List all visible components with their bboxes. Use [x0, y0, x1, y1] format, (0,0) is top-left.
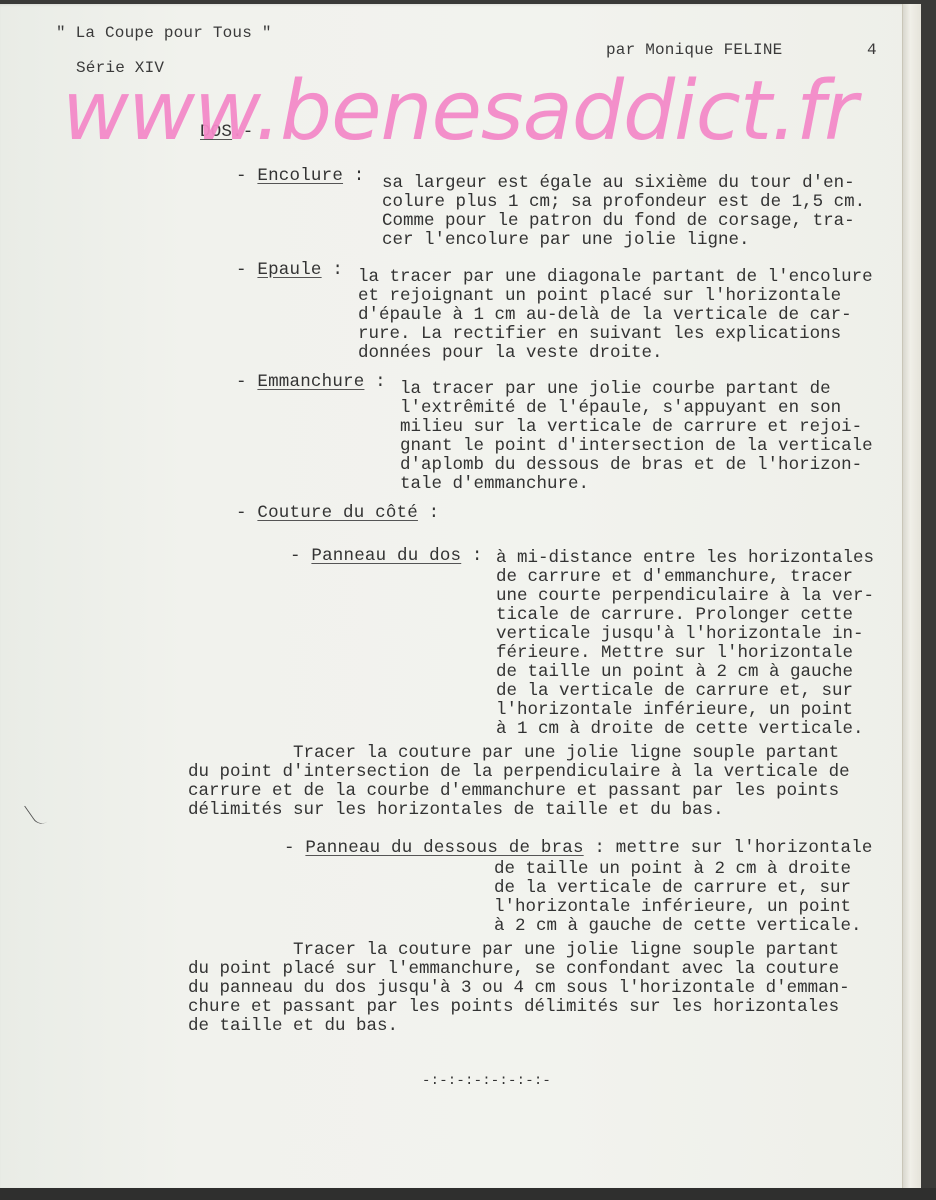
text-line: du point d'intersection de la perpendicu…: [188, 763, 850, 782]
panneau-bras-first-line: mettre sur l'horizontale: [616, 838, 873, 858]
text-line: Tracer la couture par une jolie ligne so…: [188, 941, 850, 960]
encolure-label: Encolure: [257, 166, 343, 186]
text-line: d'épaule à 1 cm au-delà de la verticale …: [358, 306, 873, 325]
text-line: la tracer par une diagonale partant de l…: [358, 268, 873, 287]
text-line: verticale jusqu'à l'horizontale in-: [496, 625, 874, 644]
pencil-mark: [24, 796, 53, 827]
text-line: colure plus 1 cm; sa profondeur est de 1…: [382, 193, 865, 212]
text-line: à mi-distance entre les horizontales: [496, 549, 874, 568]
page-number: 4: [867, 41, 877, 60]
text-line: à 1 cm à droite de cette verticale.: [496, 720, 874, 739]
text-line: de taille un point à 2 cm à droite: [494, 860, 862, 879]
panneau-bras-heading: - Panneau du dessous de bras : mettre su…: [284, 839, 873, 858]
encolure-heading: - Encolure :: [236, 167, 364, 186]
epaule-label: Epaule: [257, 260, 321, 280]
scan-bottom-edge: [0, 1188, 936, 1200]
dash: -: [290, 546, 301, 566]
end-mark: -:-:-:-:-:-:-:-: [422, 1072, 551, 1091]
panneau-dos-paragraph: Tracer la couture par une jolie ligne so…: [188, 744, 850, 820]
text-line: de taille et du bas.: [188, 1017, 850, 1036]
separator: :: [461, 546, 482, 566]
text-line: données pour la veste droite.: [358, 344, 873, 363]
couture-label: Couture du côté: [257, 503, 418, 523]
panneau-dos-text: à mi-distance entre les horizontalesde c…: [496, 549, 874, 739]
watermark: www.benesaddict.fr: [62, 62, 857, 162]
text-line: tale d'emmanchure.: [400, 475, 873, 494]
text-line: Comme pour le patron du fond de corsage,…: [382, 212, 865, 231]
panneau-dos-heading: - Panneau du dos :: [290, 547, 483, 566]
separator: :: [364, 372, 385, 392]
emmanchure-heading: - Emmanchure :: [236, 373, 386, 392]
document-title: " La Coupe pour Tous ": [56, 24, 272, 43]
page-edge: [902, 4, 921, 1200]
text-line: du point placé sur l'emmanchure, se conf…: [188, 960, 850, 979]
text-line: chure et passant par les points délimité…: [188, 998, 850, 1017]
text-line: délimités sur les horizontales de taille…: [188, 801, 850, 820]
text-line: l'extrêmité de l'épaule, s'appuyant en s…: [400, 399, 873, 418]
panneau-bras-label: Panneau du dessous de bras: [305, 838, 583, 858]
text-line: gnant le point d'intersection de la vert…: [400, 437, 873, 456]
dash: -: [236, 166, 247, 186]
text-line: une courte perpendiculaire à la ver-: [496, 587, 874, 606]
author-label: par Monique FELINE: [606, 41, 782, 60]
text-line: Tracer la couture par une jolie ligne so…: [188, 744, 850, 763]
dash: -: [236, 260, 247, 280]
couture-heading: - Couture du côté :: [236, 504, 439, 523]
text-line: rure. La rectifier en suivant les explic…: [358, 325, 873, 344]
dash: -: [284, 838, 295, 858]
text-line: carrure et de la courbe d'emmanchure et …: [188, 782, 850, 801]
separator: :: [322, 260, 343, 280]
dash: -: [236, 372, 247, 392]
text-line: l'horizontale inférieure, un point: [496, 701, 874, 720]
text-line: milieu sur la verticale de carrure et re…: [400, 418, 873, 437]
panneau-bras-text: de taille un point à 2 cm à droitede la …: [494, 860, 862, 936]
text-line: sa largeur est égale au sixième du tour …: [382, 174, 865, 193]
text-line: d'aplomb du dessous de bras et de l'hori…: [400, 456, 873, 475]
text-line: ticale de carrure. Prolonger cette: [496, 606, 874, 625]
encolure-text: sa largeur est égale au sixième du tour …: [382, 174, 865, 250]
text-line: et rejoignant un point placé sur l'horiz…: [358, 287, 873, 306]
text-line: de carrure et d'emmanchure, tracer: [496, 568, 874, 587]
document-page: " La Coupe pour Tous " Série XIV par Mon…: [0, 4, 921, 1190]
dash: -: [236, 503, 247, 523]
text-line: de taille un point à 2 cm à gauche: [496, 663, 874, 682]
separator: :: [343, 166, 364, 186]
panneau-dos-label: Panneau du dos: [311, 546, 461, 566]
epaule-text: la tracer par une diagonale partant de l…: [358, 268, 873, 363]
text-line: la tracer par une jolie courbe partant d…: [400, 380, 873, 399]
emmanchure-label: Emmanchure: [257, 372, 364, 392]
text-line: de la verticale de carrure et, sur: [496, 682, 874, 701]
panneau-bras-paragraph: Tracer la couture par une jolie ligne so…: [188, 941, 850, 1036]
text-line: l'horizontale inférieure, un point: [494, 898, 862, 917]
epaule-heading: - Epaule :: [236, 261, 343, 280]
text-line: de la verticale de carrure et, sur: [494, 879, 862, 898]
emmanchure-text: la tracer par une jolie courbe partant d…: [400, 380, 873, 494]
separator: :: [584, 838, 605, 858]
separator: :: [418, 503, 439, 523]
text-line: du panneau du dos jusqu'à 3 ou 4 cm sous…: [188, 979, 850, 998]
text-line: férieure. Mettre sur l'horizontale: [496, 644, 874, 663]
text-line: à 2 cm à gauche de cette verticale.: [494, 917, 862, 936]
text-line: cer l'encolure par une jolie ligne.: [382, 231, 865, 250]
